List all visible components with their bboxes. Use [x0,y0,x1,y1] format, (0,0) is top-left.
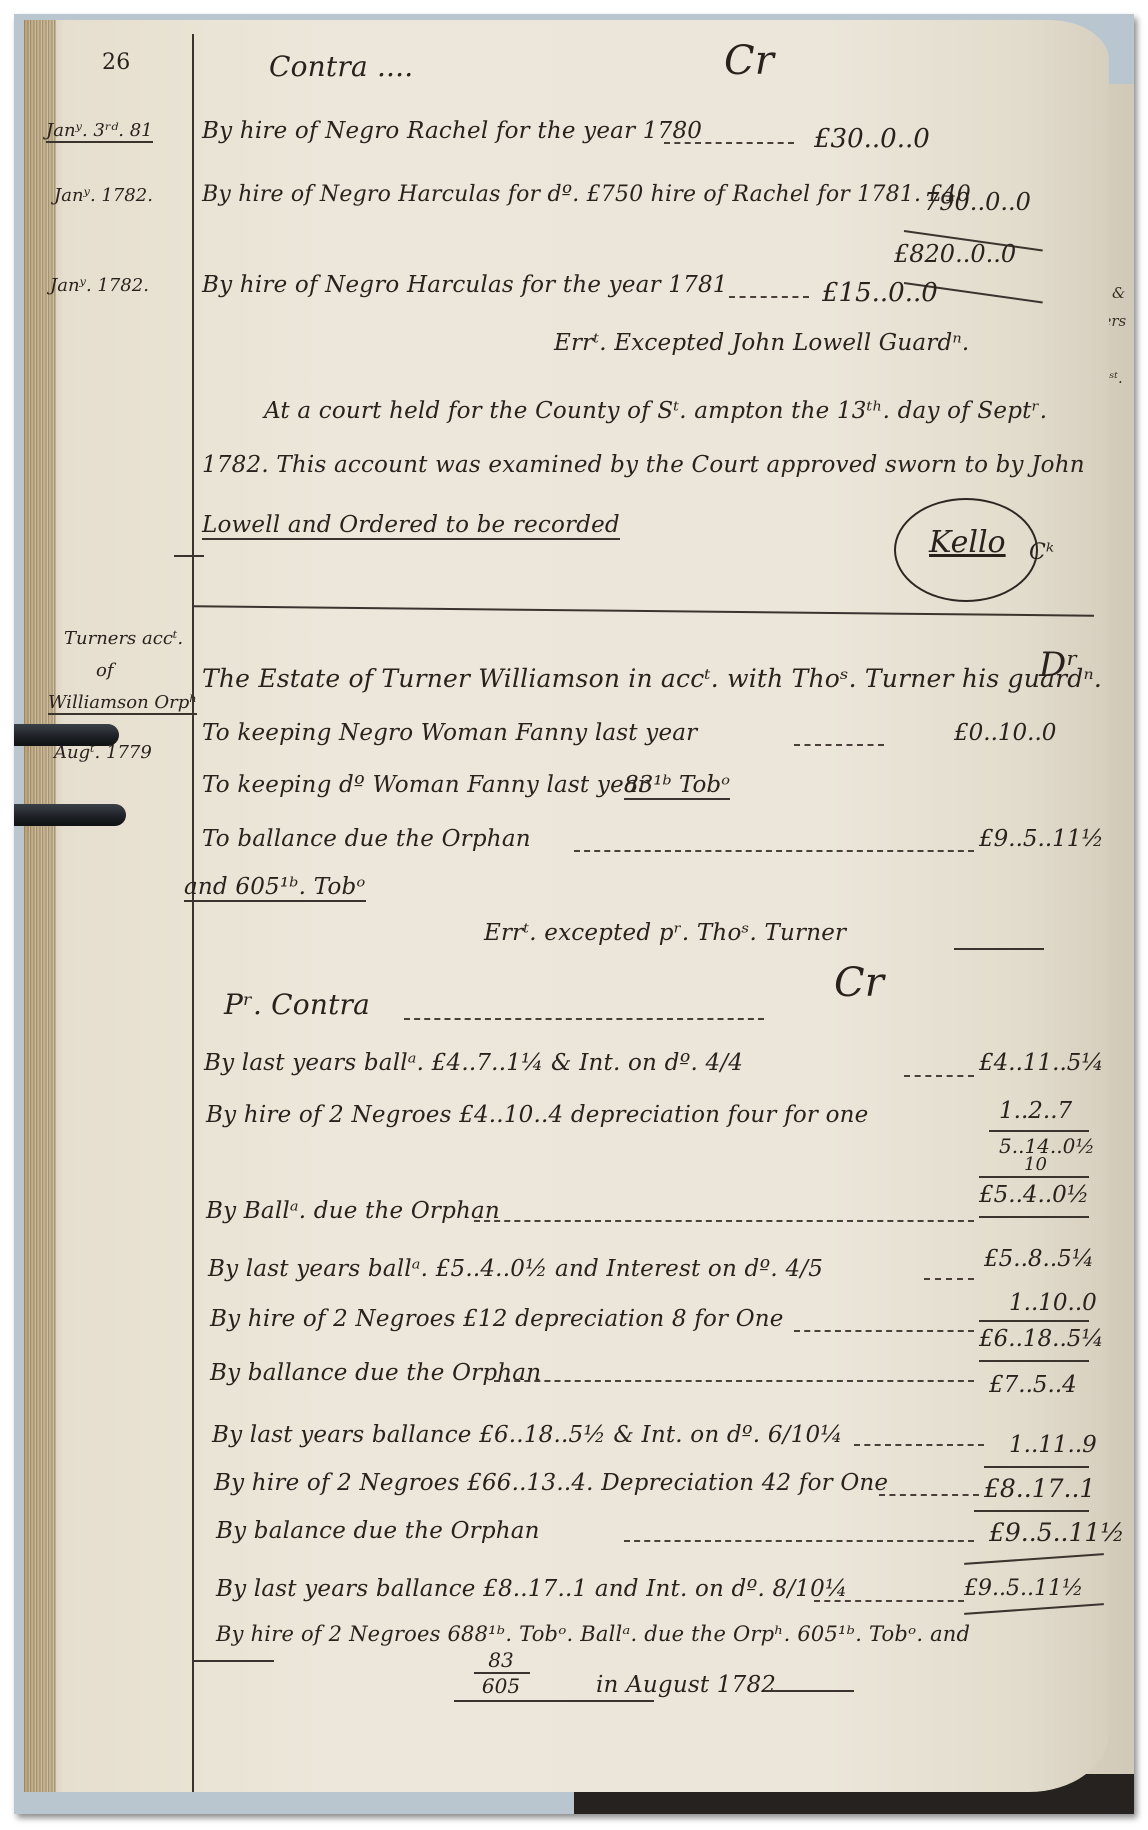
binder-ring [14,804,126,826]
margin-date: Janʸ. 1782. [54,185,153,206]
entry-amount: 1..10..0 [1009,1290,1097,1316]
entry-amount: £5..4..0½ [979,1182,1089,1208]
rule [194,1660,274,1662]
margin-note: Williamson Orpʰ [48,692,197,715]
court-note: Lowell and Ordered to be recorded [202,512,620,540]
entry-text: By last years ballance £8..17..1 and Int… [216,1576,847,1602]
leader-dashes [474,1220,974,1222]
margin-note: of [96,660,114,681]
entry-text: By hire of 2 Negroes £4..10..4 depreciat… [206,1102,868,1128]
sum-rule [979,1360,1089,1362]
sum-rule [974,1510,1089,1512]
entry-text: By balance due the Orphan [216,1518,540,1544]
leader-dashes [879,1494,979,1496]
adjustment: 10 [1024,1154,1047,1175]
entry-amount: £4..11..5¼ [979,1050,1104,1076]
tobacco-less: 83 [488,1648,513,1672]
entry-text: and 605¹ᵇ. Tobᵒ [184,874,366,902]
sum-rule [984,1466,1089,1468]
clerk-title: Cᵏ [1029,540,1054,565]
leader-dashes [854,1444,984,1446]
sum-rule [979,1176,1089,1178]
rule [454,1700,654,1702]
leader-dashes [404,1018,764,1020]
entry-amount: £8..17..1 [984,1474,1095,1503]
ledger-page: 26 Contra .... Cr Janʸ. 3ʳᵈ. 81 Janʸ. 17… [24,20,1109,1792]
leader-dashes [624,1540,974,1542]
entry-amount: £9..5..11½ [979,826,1104,852]
entry-amount: 790..0..0 [924,188,1031,216]
entry-amount: £9..5..11½ [989,1518,1125,1547]
court-note: 1782. This account was examined by the C… [202,452,1085,478]
leader-dashes [664,142,794,144]
margin-rule [192,34,194,1792]
court-note: At a court held for the County of Sᵗ. am… [264,398,1047,424]
leader-dashes [574,850,974,852]
account-title: The Estate of Turner Williamson in accᵗ.… [202,664,1102,693]
entry-text: To ballance due the Orphan [202,826,531,852]
entry-text: By hire of 2 Negroes 688¹ᵇ. Tobᵒ. Ballᵃ.… [216,1622,970,1646]
rule [954,948,1044,950]
credit-mark: Cr [834,960,884,1006]
entry-text: By hire of 2 Negroes £66..13..4. Depreci… [214,1470,888,1496]
entry-amount: £7..5..4 [989,1372,1077,1398]
leader-dashes [794,744,884,746]
sum-rule [979,1216,1089,1218]
entry-amount: £9..5..11½ [964,1576,1083,1601]
entry-amount: £6..18..5¼ [979,1326,1104,1352]
errors-excepted-note: Errᵗ. Excepted John Lowell Guardⁿ. [554,330,969,356]
leader-dashes [924,1278,974,1280]
entry-text: By last years ballᵃ. £4..7..1¼ & Int. on… [204,1050,743,1076]
binder-ring [14,724,119,746]
section-divider [194,605,1094,616]
tobacco-net: 605 [482,1674,520,1698]
margin-note: Turners accᵗ. [64,628,183,649]
closing-note: in August 1782 [596,1672,776,1698]
leader-dashes [729,296,809,298]
entry-amount: £30..0..0 [814,124,930,154]
entry-text: By last years ballance £6..18..5½ & Int.… [212,1422,843,1448]
contra-heading: Pʳ. Contra [224,988,370,1021]
credit-mark: Cr [724,38,774,84]
entry-text: By hire of Negro Harculas for dº. £750 h… [202,182,971,207]
entry-amount: £820..0..0 [894,240,1016,268]
sum-rule [979,1320,1089,1322]
entry-text: By hire of Negro Harculas for the year 1… [202,272,728,298]
leader-dashes [904,1075,974,1077]
margin-date: Janʸ. 3ʳᵈ. 81 [46,120,153,143]
debit-mark: Dʳ [1039,645,1078,685]
rule [174,555,204,557]
entry-amount: £0..10..0 [954,720,1056,746]
section-heading: Contra .... [269,50,413,83]
errors-excepted-note: Errᵗ. excepted pʳ. Thoˢ. Turner [484,920,846,946]
leader-dashes [494,1380,974,1382]
sum-rule [964,1553,1104,1565]
entry-amount: 83¹ᵇ Tobᵒ [624,772,730,800]
photo-frame: Blunt & Turners July 1ˢᵗ. Augᵗ. Augᵗ. Ju… [14,14,1134,1814]
entry-text: By hire of Negro Rachel for the year 178… [202,118,702,144]
margin-date: Janʸ. 1782. [50,275,149,296]
clerk-signature: Kello [929,525,1006,560]
entry-text: To keeping Negro Woman Fanny last year [202,720,697,746]
leader-dashes [794,1330,974,1332]
tobacco-calc-less: 83 [476,1648,526,1672]
entry-text: By Ballᵃ. due the Orphan [206,1198,500,1224]
entry-text: By last years ballᵃ. £5..4..0½ and Inter… [208,1256,823,1282]
entry-amount: 1..2..7 [999,1098,1072,1124]
entry-text: By hire of 2 Negroes £12 depreciation 8 … [210,1306,784,1332]
page-number: 26 [102,50,130,75]
entry-amount: £15..0..0 [822,278,938,308]
leader-dashes [814,1600,964,1602]
entry-amount: 1..11..9 [1009,1432,1097,1458]
entry-amount: £5..8..5¼ [984,1246,1094,1272]
tobacco-calc-net: 605 [476,1674,526,1698]
rule [764,1690,854,1692]
sum-rule [964,1603,1104,1615]
sum-rule [989,1130,1089,1132]
entry-text: To keeping dº Woman Fanny last year [202,772,649,798]
entry-text: By ballance due the Orphan [210,1360,541,1386]
